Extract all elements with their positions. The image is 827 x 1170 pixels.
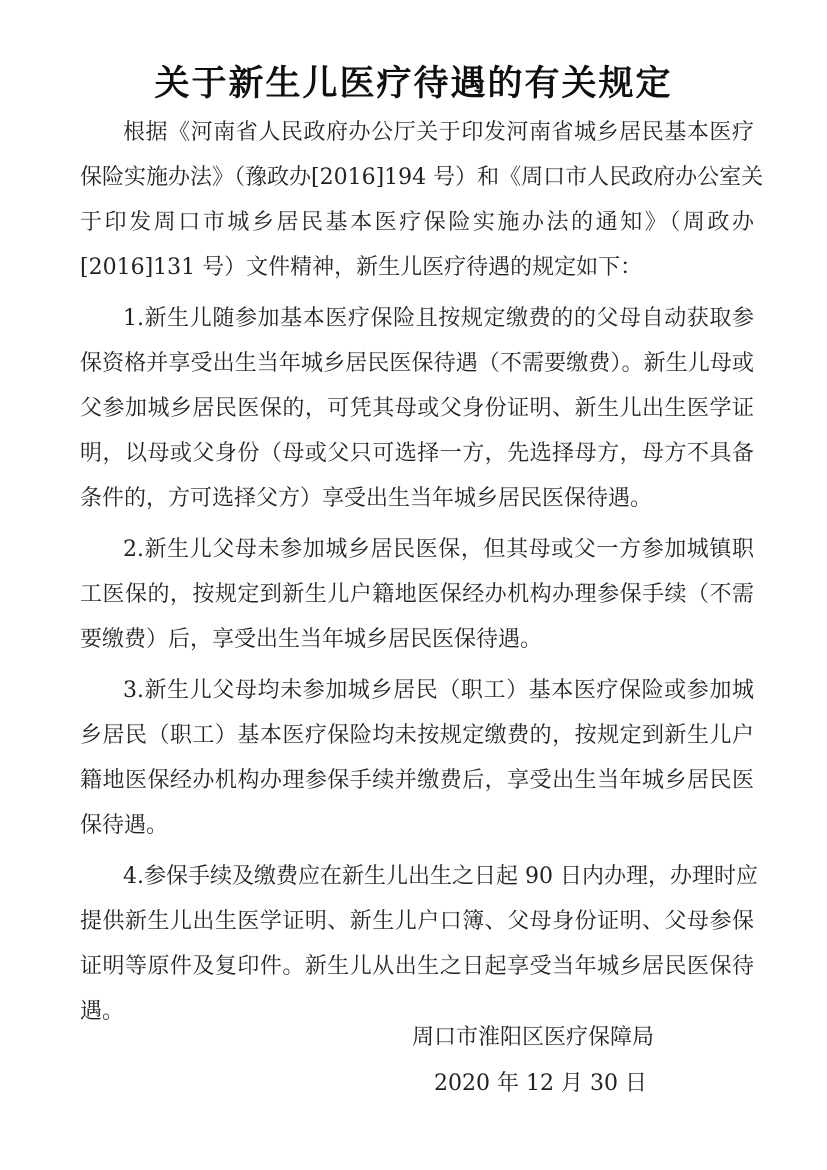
paragraph-line: 明，以母或父身份（母或父只可选择一方，先选择母方，母方不具备 xyxy=(80,436,754,467)
paragraph-line: 4.参保手续及缴费应在新生儿出生之日起 90 日内办理，办理时应 xyxy=(123,859,754,890)
paragraph-line: 根据《河南省人民政府办公厅关于印发河南省城乡居民基本医疗 xyxy=(123,115,754,146)
paragraph-line: 3.新生儿父母均未参加城乡居民（职工）基本医疗保险或参加城 xyxy=(123,673,754,704)
paragraph-line: 保待遇。 xyxy=(80,808,754,839)
paragraph-line: 提供新生儿出生医学证明、新生儿户口簿、父母身份证明、父母参保 xyxy=(80,904,754,935)
paragraph-line: 工医保的，按规定到新生儿户籍地医保经办机构办理参保手续（不需 xyxy=(80,577,754,608)
paragraph-line: 1.新生儿随参加基本医疗保险且按规定缴费的的父母自动获取参 xyxy=(123,301,754,332)
paragraph-line: 保资格并享受出生当年城乡居民医保待遇（不需要缴费）。新生儿母或 xyxy=(80,346,754,377)
paragraph-line: 要缴费）后，享受出生当年城乡居民医保待遇。 xyxy=(80,622,754,653)
issue-date: 2020 年 12 月 30 日 xyxy=(434,1066,647,1097)
paragraph-line: 条件的，方可选择父方）享受出生当年城乡居民医保待遇。 xyxy=(80,481,754,512)
paragraph-line: 籍地医保经办机构办理参保手续并缴费后，享受出生当年城乡居民医 xyxy=(80,763,754,794)
paragraph-line: 2.新生儿父母未参加城乡居民医保，但其母或父一方参加城镇职 xyxy=(123,532,754,563)
paragraph-line: 于印发周口市城乡居民基本医疗保险实施办法的通知》（周政办 xyxy=(80,205,754,236)
issuer-name: 周口市淮阳区医疗保障局 xyxy=(412,1020,654,1051)
document-title: 关于新生儿医疗待遇的有关规定 xyxy=(0,56,827,106)
paragraph-line: 乡居民（职工）基本医疗保险均未按规定缴费的，按规定到新生儿户 xyxy=(80,718,754,749)
paragraph-line: 父参加城乡居民医保的，可凭其母或父身份证明、新生儿出生医学证 xyxy=(80,391,754,422)
paragraph-line: [2016]131 号）文件精神，新生儿医疗待遇的规定如下： xyxy=(80,250,754,281)
paragraph-line: 证明等原件及复印件。新生儿从出生之日起享受当年城乡居民医保待 xyxy=(80,949,754,980)
paragraph-line: 保险实施办法》（豫政办[2016]194 号）和《周口市人民政府办公室关 xyxy=(80,160,754,191)
